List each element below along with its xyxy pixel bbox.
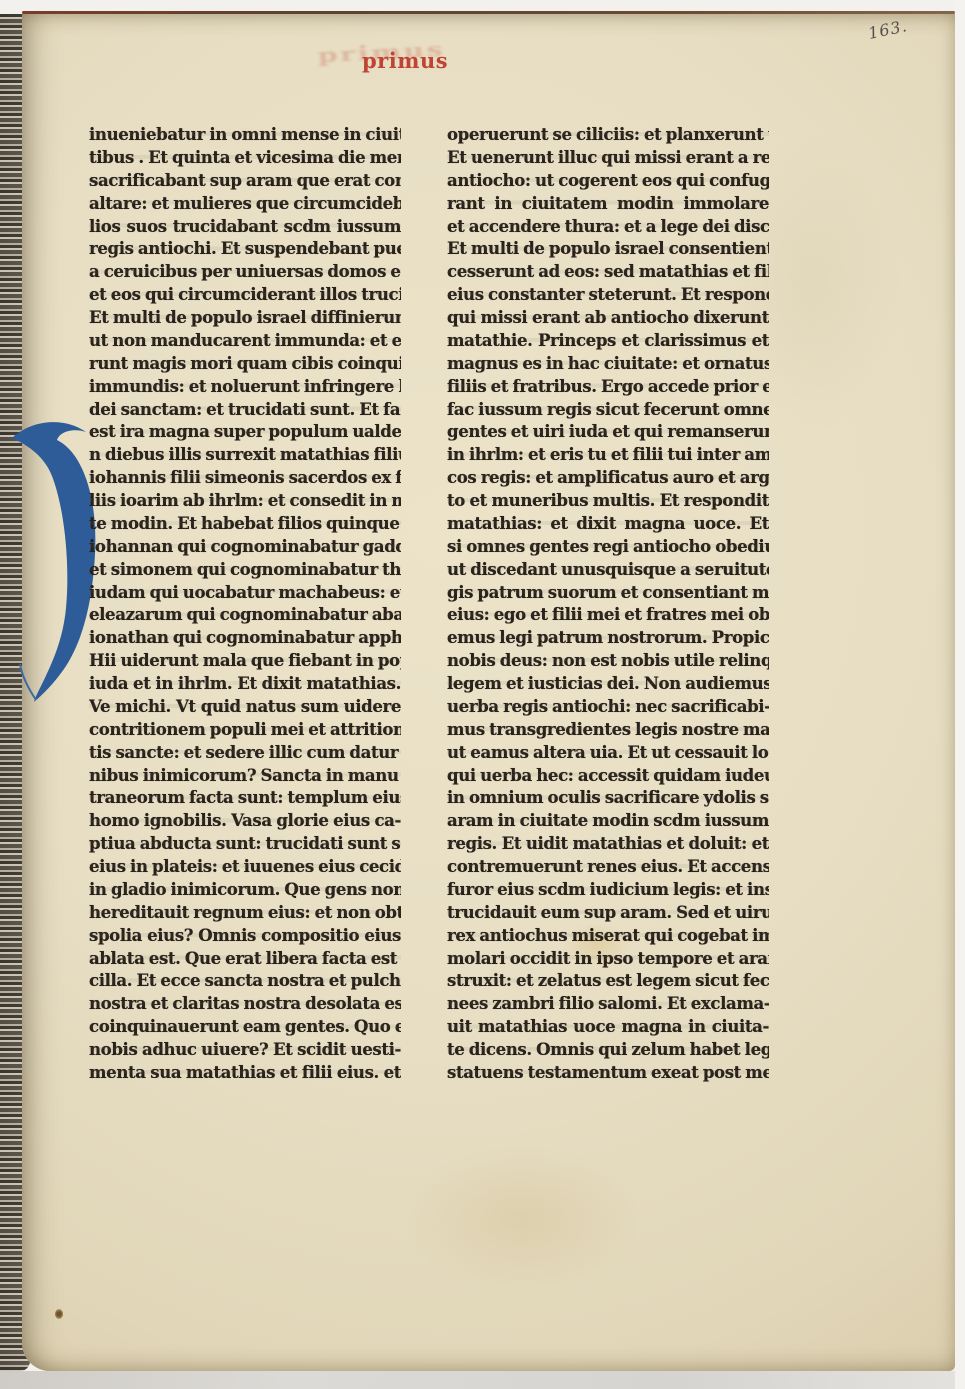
text-line: statuens testamentum exeat post me. Et (447, 1061, 769, 1084)
text-line: Et uenerunt illuc qui missi erant a rege (447, 146, 769, 169)
text-line: molari occidit in ipso tempore et aram d… (447, 947, 769, 970)
text-line: matathias: et dixit magna uoce. Et (447, 512, 769, 535)
text-line: magnus es in hac ciuitate: et ornatus (447, 352, 769, 375)
text-line: et accendere thura: et a lege dei disced… (447, 215, 769, 238)
page-top-edge (22, 11, 955, 14)
text-line: contritionem populi mei et attritionem c… (89, 718, 401, 741)
text-line: eius constanter steterunt. Et respondent… (447, 283, 769, 306)
text-line: ut discedant unusquisque a seruitute le- (447, 558, 769, 581)
text-line: nostra et claritas nostra desolata est: … (89, 992, 401, 1015)
text-line: et simonem qui cognominabatur thasi: et (89, 558, 401, 581)
text-line: sacrificabant sup aram que erat contra (89, 169, 401, 192)
text-line: cilla. Et ecce sancta nostra et pulchrit… (89, 969, 401, 992)
text-line: et eos qui circumciderant illos trucidab… (89, 283, 401, 306)
text-line: traneorum facta sunt: templum eius sicut (89, 786, 401, 809)
text-line: rex antiochus miserat qui cogebat im- (447, 924, 769, 947)
text-line: trucidauit eum sup aram. Sed et uirum qu… (447, 901, 769, 924)
parchment-stain (402, 1143, 642, 1293)
text-line: gis patrum suorum et consentiant mandati… (447, 581, 769, 604)
text-line: emus legi patrum nostrorum. Propicius si… (447, 626, 769, 649)
text-line: te modin. Et habebat filios quinque: (89, 512, 401, 535)
text-line: nobis adhuc uiuere? Et scidit uesti- (89, 1038, 401, 1061)
text-line: mus transgredientes legis nostre mandata… (447, 718, 769, 741)
text-line: antiocho: ut cogerent eos qui confuge- (447, 169, 769, 192)
text-line: Hii uiderunt mala que fiebant in populo (89, 649, 401, 672)
text-line: altare: et mulieres que circumcidebant f… (89, 192, 401, 215)
text-line: inueniebatur in omni mense in ciuita- (89, 123, 401, 146)
text-line: immundis: et noluerunt infringere legem (89, 375, 401, 398)
text-column-left: inueniebatur in omni mense in ciuita-tib… (89, 123, 401, 1084)
text-line: ablata est. Que erat libera facta est an… (89, 947, 401, 970)
text-line: ionathan qui cognominabatur apphus. (89, 626, 401, 649)
text-line: cos regis: et amplificatus auro et argen… (447, 466, 769, 489)
text-line: in omnium oculis sacrificare ydolis sup (447, 786, 769, 809)
text-line: a ceruicibus per uniuersas domos eorum: (89, 260, 401, 283)
text-line: iohannan qui cognominabatur gaddis: (89, 535, 401, 558)
scan-background-right (955, 0, 965, 1389)
text-line: filiis et fratribus. Ergo accede prior e… (447, 375, 769, 398)
text-line: uerba regis antiochi: nec sacrificabi- (447, 695, 769, 718)
text-line: tis sancte: et sedere illic cum datur in… (89, 741, 401, 764)
text-line: aram in ciuitate modin scdm iussum (447, 809, 769, 832)
text-line: matathie. Princeps et clarissimus et (447, 329, 769, 352)
text-line: rant in ciuitatem modin immolare (447, 192, 769, 215)
text-column-right: operuerunt se ciliciis: et planxerunt ua… (447, 123, 769, 1084)
text-line: cesserunt ad eos: sed matathias et filii (447, 260, 769, 283)
text-line: operuerunt se ciliciis: et planxerunt ua… (447, 123, 769, 146)
text-line: iohannis filii simeonis sacerdos ex fi- (89, 466, 401, 489)
text-line: furor eius scdm iudicium legis: et insil… (447, 878, 769, 901)
text-line: regis antiochi. Et suspendebant pueros (89, 237, 401, 260)
text-line: in ihrlm: et eris tu et filii tui inter … (447, 443, 769, 466)
text-line: Et multi de populo israel consentientes … (447, 237, 769, 260)
text-line: liis ioarim ab ihrlm: et consedit in mon… (89, 489, 401, 512)
text-line: homo ignobilis. Vasa glorie eius ca- (89, 809, 401, 832)
text-line: nobis deus: non est nobis utile relinque… (447, 649, 769, 672)
text-line: nees zambri filio salomi. Et exclama- (447, 992, 769, 1015)
text-line: tibus . Et quinta et vicesima die mensis (89, 146, 401, 169)
wormhole-mark (55, 1309, 63, 1319)
text-line: uit matathias uoce magna in ciuita- (447, 1015, 769, 1038)
text-line: Ve michi. Vt quid natus sum uidere (89, 695, 401, 718)
text-line: lios suos trucidabant scdm iussum (89, 215, 401, 238)
text-line: hereditauit regnum eius: et non obtinuit (89, 901, 401, 924)
text-line: in gladio inimicorum. Que gens non (89, 878, 401, 901)
text-line: iuda et in ihrlm. Et dixit matathias. (89, 672, 401, 695)
text-line: struxit: et zelatus est legem sicut feci… (447, 969, 769, 992)
text-line: legem et iusticias dei. Non audiemus (447, 672, 769, 695)
text-line: runt magis mori quam cibis coinquinari (89, 352, 401, 375)
text-line: ut eamus altera uia. Et ut cessauit lo- (447, 741, 769, 764)
text-line: spolia eius? Omnis compositio eius (89, 924, 401, 947)
text-line: regis. Et uidit matathias et doluit: et (447, 832, 769, 855)
text-line: qui uerba hec: accessit quidam iudeus (447, 764, 769, 787)
text-line: iudam qui uocabatur machabeus: et (89, 581, 401, 604)
text-line: si omnes gentes regi antiocho obediunt (447, 535, 769, 558)
scan-background-bottom (0, 1371, 965, 1389)
text-line: to et muneribus multis. Et respondit (447, 489, 769, 512)
text-line: te dicens. Omnis qui zelum habet legis: (447, 1038, 769, 1061)
text-line: ut non manducarent immunda: et elege- (89, 329, 401, 352)
text-line: menta sua matathias et filii eius. et (89, 1061, 401, 1084)
text-line: n diebus illis surrexit matathias filius (89, 443, 401, 466)
text-line: ptiua abducta sunt: trucidati sunt senes (89, 832, 401, 855)
text-line: gentes et uiri iuda et qui remanserunt (447, 420, 769, 443)
text-line: eius in plateis: et iuuenes eius cecider… (89, 855, 401, 878)
text-line: fac iussum regis sicut fecerunt omnes (447, 398, 769, 421)
text-line: nibus inimicorum? Sancta in manu ex- (89, 764, 401, 787)
text-line: Et multi de populo israel diffinierunt a… (89, 306, 401, 329)
text-line: contremuerunt renes eius. Et accensus es… (447, 855, 769, 878)
running-header: primus (362, 48, 448, 73)
text-line: eius: ego et filii mei et fratres mei ob… (447, 603, 769, 626)
text-line: eleazarum qui cognominabatur abaron: et (89, 603, 401, 626)
text-line: est ira magna super populum ualde. c.ii. (89, 420, 401, 443)
text-line: qui missi erant ab antiocho dixerunt (447, 306, 769, 329)
text-line: dei sanctam: et trucidati sunt. Et facta (89, 398, 401, 421)
text-line: coinquinauerunt eam gentes. Quo ergo (89, 1015, 401, 1038)
